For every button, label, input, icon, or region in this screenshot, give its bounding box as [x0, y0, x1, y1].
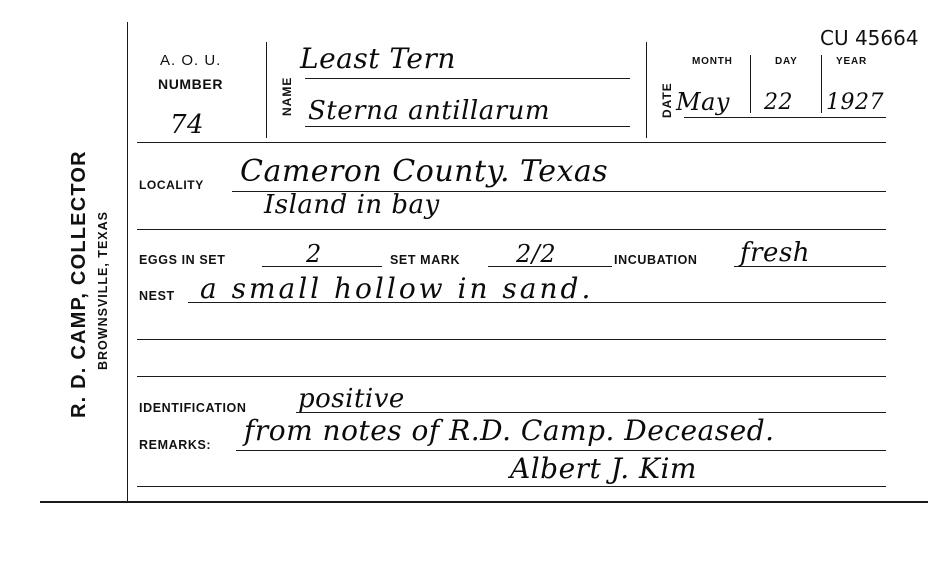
incubation-value: fresh — [740, 238, 810, 268]
locality-label: LOCALITY — [139, 178, 204, 192]
blank-line-2 — [137, 376, 886, 377]
set-mark-label: SET MARK — [390, 253, 460, 267]
name-line-2 — [305, 126, 630, 127]
set-mark-value: 2/2 — [516, 240, 556, 268]
blank-line-1 — [137, 339, 886, 340]
nest-label: NEST — [139, 289, 175, 303]
locality-line1-value: Cameron County. Texas — [240, 154, 608, 189]
identification-line — [296, 412, 886, 413]
aou-divider — [266, 42, 267, 138]
collector-title: R. D. CAMP, COLLECTOR — [68, 150, 91, 418]
remarks-value: from notes of R.D. Camp. Deceased. — [244, 414, 775, 447]
name-label: NAME — [280, 77, 294, 116]
card-bottom-border — [40, 501, 928, 503]
incubation-label: INCUBATION — [614, 253, 698, 267]
date-label: DATE — [660, 82, 674, 118]
day-value: 22 — [764, 90, 793, 115]
month-label: MONTH — [692, 56, 733, 67]
nest-line — [188, 302, 886, 303]
day-label: DAY — [775, 56, 798, 67]
remarks-line-2 — [137, 486, 886, 487]
nest-value: a small hollow in sand. — [200, 272, 593, 305]
remarks-line-1 — [236, 450, 886, 451]
aou-label-line2: NUMBER — [158, 76, 223, 92]
eggs-in-set-value: 2 — [306, 240, 322, 268]
eggs-in-set-line — [262, 266, 382, 267]
scientific-name-value: Sterna antillarum — [308, 96, 550, 126]
date-line — [684, 117, 886, 118]
year-value: 1927 — [826, 90, 884, 115]
common-name-value: Least Tern — [300, 42, 456, 75]
catalog-number: CU 45664 — [820, 26, 919, 50]
name-date-divider — [646, 42, 647, 138]
month-value: May — [676, 88, 730, 116]
day-year-divider — [821, 55, 822, 113]
year-label: YEAR — [836, 56, 867, 67]
eggs-in-set-label: EGGS IN SET — [139, 253, 225, 267]
month-day-divider — [750, 55, 751, 113]
identification-value: positive — [298, 384, 405, 414]
aou-number-value: 74 — [170, 110, 204, 140]
identification-label: IDENTIFICATION — [139, 401, 246, 415]
card-left-border — [127, 22, 128, 502]
header-bottom-rule — [137, 142, 886, 143]
locality-line2-value: Island in bay — [264, 190, 440, 220]
locality-line-2 — [137, 229, 886, 230]
collector-location: BROWNSVILLE, TEXAS — [96, 211, 110, 370]
remarks-label: REMARKS: — [139, 438, 211, 452]
remarks-signature: Albert J. Kim — [510, 452, 697, 485]
aou-label-line1: A. O. U. — [160, 52, 221, 69]
name-line-1 — [305, 78, 630, 79]
